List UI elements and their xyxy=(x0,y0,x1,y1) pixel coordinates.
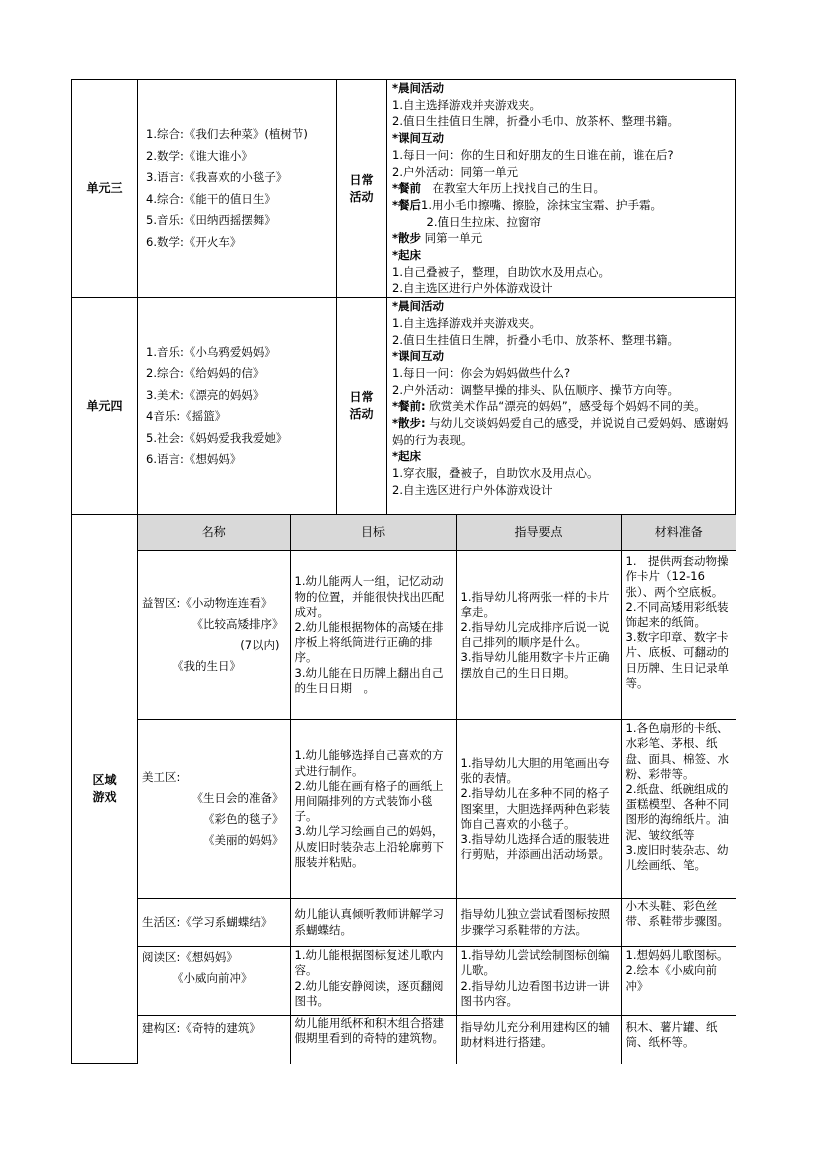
area-label-line: 游戏 xyxy=(72,789,137,806)
area-games-table: 名称 目标 指导要点 材料准备 益智区:《小动物连连看》 《比较高矮排序》 (7… xyxy=(138,515,736,1064)
materials-cell: 1.想妈妈儿歌图标。 2.绘本《小威向前冲》 xyxy=(621,947,736,1016)
goal-cell: 幼儿能用纸杯和积木组合搭建假期里看到的奇特的建筑物。 xyxy=(290,1016,456,1064)
lesson-item: 3.美术:《漂亮的妈妈》 xyxy=(146,385,336,407)
table-row: 阅读区:《想妈妈》 《小威向前冲》 1.幼儿能根据图标复述儿歌内容。 2.幼儿能… xyxy=(138,947,736,1016)
area-name-cell: 美工区: 《生日会的准备》 《彩色的毯子》 《美丽的妈妈》 xyxy=(138,720,290,899)
lesson-item: 2.数学:《谁大谁小》 xyxy=(146,146,336,168)
daily-activity-content: *晨间活动 1.自主选择游戏并夹游戏夹。 2.值日生挂值日生牌，折叠小毛巾、放茶… xyxy=(387,80,736,298)
lesson-item: 6.语言:《想妈妈》 xyxy=(146,449,336,471)
area-name-line: 《生日会的准备》 xyxy=(142,788,286,809)
daily-line: 1.自己叠被子，整理，自助饮水及用点心。 xyxy=(392,264,732,281)
daily-line: *餐前: 欣赏美术作品“漂亮的妈妈”，感受每个妈妈不同的美。 xyxy=(392,398,732,415)
daily-activity-label: 日常 活动 xyxy=(337,80,387,298)
lesson-item: 1.综合:《我们去种菜》(植树节) xyxy=(146,124,336,146)
daily-line: *晨间活动 xyxy=(392,298,732,315)
daily-line: 2.自主选区进行户外体游戏设计 xyxy=(392,482,732,499)
goal-cell: 1.幼儿能两人一组，记忆动动物的位置，并能很快找出匹配成对。 2.幼儿能根据物体… xyxy=(290,551,456,720)
daily-line: *起床 xyxy=(392,448,732,465)
daily-line: *餐前 在教室大年历上找找自己的生日。 xyxy=(392,180,732,197)
daily-line: 2.户外活动：同第一单元 xyxy=(392,164,732,181)
area-games-container: 名称 目标 指导要点 材料准备 益智区:《小动物连连看》 《比较高矮排序》 (7… xyxy=(138,515,736,1064)
goal-cell: 1.幼儿能够选择自己喜欢的方式进行制作。 2.幼儿能在画有格子的画纸上用间隔排列… xyxy=(290,720,456,899)
table-row: 益智区:《小动物连连看》 《比较高矮排序》 (7以内) 《我的生日》 1.幼儿能… xyxy=(138,551,736,720)
area-games-row: 区域 游戏 名称 目标 指导要点 材料准备 xyxy=(72,515,736,1064)
daily-line: 1.每日一问：你的生日和好朋友的生日谁在前，谁在后? xyxy=(392,147,732,164)
lesson-item: 6.数学:《开火车》 xyxy=(146,232,336,254)
materials-cell: 1. 提供两套动物操作卡片（12-16张）、两个空底板。 2.不同高矮用彩纸装饰… xyxy=(621,551,736,720)
daily-line: 2.值日生拉床、拉窗帘 xyxy=(392,214,732,231)
area-name-line: 《比较高矮排序》 xyxy=(142,614,286,635)
area-name-line: 阅读区:《想妈妈》 xyxy=(142,947,286,968)
lesson-list: 1.综合:《我们去种菜》(植树节) 2.数学:《谁大谁小》 3.语言:《我喜欢的… xyxy=(138,80,337,298)
daily-line: 2.值日生挂值日生牌，折叠小毛巾、放茶杯、整理书籍。 xyxy=(392,332,732,349)
daily-line: *课间互动 xyxy=(392,130,732,147)
area-name-line: 生活区:《学习系蝴蝶结》 xyxy=(142,912,286,933)
area-name-cell: 益智区:《小动物连连看》 《比较高矮排序》 (7以内) 《我的生日》 xyxy=(138,551,290,720)
unit-row-3: 单元三 1.综合:《我们去种菜》(植树节) 2.数学:《谁大谁小》 3.语言:《… xyxy=(72,80,736,298)
lesson-item: 4音乐:《摇篮》 xyxy=(146,406,336,428)
lesson-item: 3.语言:《我喜欢的小毯子》 xyxy=(146,167,336,189)
area-name-line: 《小威向前冲》 xyxy=(142,968,286,989)
unit-label: 单元四 xyxy=(72,298,138,515)
table-row: 建构区:《奇特的建筑》 幼儿能用纸杯和积木组合搭建假期里看到的奇特的建筑物。 指… xyxy=(138,1016,736,1064)
table-header-row: 名称 目标 指导要点 材料准备 xyxy=(138,515,736,551)
daily-line: 1.自主选择游戏并夹游戏夹。 xyxy=(392,97,732,114)
guide-cell: 1.指导幼儿大胆的用笔画出夸张的表情。 2.指导幼儿在多种不同的格子图案里，大胆… xyxy=(456,720,621,899)
daily-line: *散步 同第一单元 xyxy=(392,230,732,247)
area-name-line: 益智区:《小动物连连看》 xyxy=(142,593,286,614)
daily-label-line: 活动 xyxy=(337,189,386,206)
lesson-item: 5.音乐:《田纳西摇摆舞》 xyxy=(146,210,336,232)
area-name-cell: 生活区:《学习系蝴蝶结》 xyxy=(138,899,290,947)
daily-line: *课间互动 xyxy=(392,348,732,365)
area-name-line: (7以内) xyxy=(142,635,286,656)
area-name-line: 《美丽的妈妈》 xyxy=(142,830,286,851)
area-name-line: 《彩色的毯子》 xyxy=(142,809,286,830)
column-header-materials: 材料准备 xyxy=(621,515,736,551)
column-header-goal: 目标 xyxy=(290,515,456,551)
goal-cell: 1.幼儿能根据图标复述儿歌内容。 2.幼儿能安静阅读，逐页翻阅图书。 xyxy=(290,947,456,1016)
daily-label-line: 活动 xyxy=(337,406,386,423)
daily-line: *散步: 与幼儿交谈妈妈爱自己的感受，并说说自己爱妈妈、感谢妈妈的行为表现。 xyxy=(392,415,732,448)
unit-row-4: 单元四 1.音乐:《小乌鸦爱妈妈》 2.综合:《给妈妈的信》 3.美术:《漂亮的… xyxy=(72,298,736,515)
unit-label: 单元三 xyxy=(72,80,138,298)
guide-cell: 指导幼儿独立尝试看图标按照步骤学习系鞋带的方法。 xyxy=(456,899,621,947)
guide-cell: 1.指导幼儿尝试绘制图标创编儿歌。 2.指导幼儿边看图书边讲一讲图书内容。 xyxy=(456,947,621,1016)
lesson-item: 4.综合:《能干的值日生》 xyxy=(146,189,336,211)
lesson-plan-page: 单元三 1.综合:《我们去种菜》(植树节) 2.数学:《谁大谁小》 3.语言:《… xyxy=(71,79,735,1064)
daily-line: 1.穿衣服，叠被子，自助饮水及用点心。 xyxy=(392,465,732,482)
daily-line: 2.值日生挂值日生牌，折叠小毛巾、放茶杯、整理书籍。 xyxy=(392,113,732,130)
area-name-cell: 阅读区:《想妈妈》 《小威向前冲》 xyxy=(138,947,290,1016)
lesson-item: 1.音乐:《小乌鸦爱妈妈》 xyxy=(146,342,336,364)
table-row: 美工区: 《生日会的准备》 《彩色的毯子》 《美丽的妈妈》 1.幼儿能够选择自己… xyxy=(138,720,736,899)
lesson-item: 2.综合:《给妈妈的信》 xyxy=(146,363,336,385)
daily-line: 1.每日一问：你会为妈妈做些什么? xyxy=(392,365,732,382)
guide-cell: 1.指导幼儿将两张一样的卡片拿走。 2.指导幼儿完成排序后说一说自己排列的顺序是… xyxy=(456,551,621,720)
materials-cell: 积木、薯片罐、纸筒、纸杯等。 xyxy=(621,1016,736,1064)
area-games-label: 区域 游戏 xyxy=(72,515,138,1064)
daily-line: 1.自主选择游戏并夹游戏夹。 xyxy=(392,315,732,332)
materials-cell: 1.各色扇形的卡纸、水彩笔、茅根、纸盘、面具、棉签、水粉、彩带等。 2.纸盘、纸… xyxy=(621,720,736,899)
daily-line: *餐后1.用小毛巾擦嘴、擦脸，涂抹宝宝霜、护手霜。 xyxy=(392,197,732,214)
lesson-plan-table: 单元三 1.综合:《我们去种菜》(植树节) 2.数学:《谁大谁小》 3.语言:《… xyxy=(71,79,736,1064)
area-name-line: 《我的生日》 xyxy=(142,656,286,677)
area-name-cell: 建构区:《奇特的建筑》 xyxy=(138,1016,290,1064)
daily-line: 2.自主选区进行户外体游戏设计 xyxy=(392,280,732,297)
guide-cell: 指导幼儿充分利用建构区的辅助材料进行搭建。 xyxy=(456,1016,621,1064)
daily-label-line: 日常 xyxy=(337,172,386,189)
lesson-list: 1.音乐:《小乌鸦爱妈妈》 2.综合:《给妈妈的信》 3.美术:《漂亮的妈妈》 … xyxy=(138,298,337,515)
table-row: 生活区:《学习系蝴蝶结》 幼儿能认真倾听教师讲解学习系蝴蝶结。 指导幼儿独立尝试… xyxy=(138,899,736,947)
daily-activity-label: 日常 活动 xyxy=(337,298,387,515)
area-name-line: 美工区: xyxy=(142,767,286,788)
column-header-guide: 指导要点 xyxy=(456,515,621,551)
daily-line: *晨间活动 xyxy=(392,80,732,97)
daily-activity-content: *晨间活动 1.自主选择游戏并夹游戏夹。 2.值日生挂值日生牌，折叠小毛巾、放茶… xyxy=(387,298,736,515)
area-label-line: 区域 xyxy=(72,772,137,789)
daily-line: 2.户外活动：调整早操的排头、队伍顺序、操节方向等。 xyxy=(392,382,732,399)
lesson-item: 5.社会:《妈妈爱我我爱她》 xyxy=(146,428,336,450)
daily-line: *起床 xyxy=(392,247,732,264)
goal-cell: 幼儿能认真倾听教师讲解学习系蝴蝶结。 xyxy=(290,899,456,947)
daily-label-line: 日常 xyxy=(337,389,386,406)
column-header-name: 名称 xyxy=(138,515,290,551)
materials-cell: 小木头鞋、彩色丝带、系鞋带步骤图。 xyxy=(621,899,736,947)
area-name-line: 建构区:《奇特的建筑》 xyxy=(142,1018,286,1039)
